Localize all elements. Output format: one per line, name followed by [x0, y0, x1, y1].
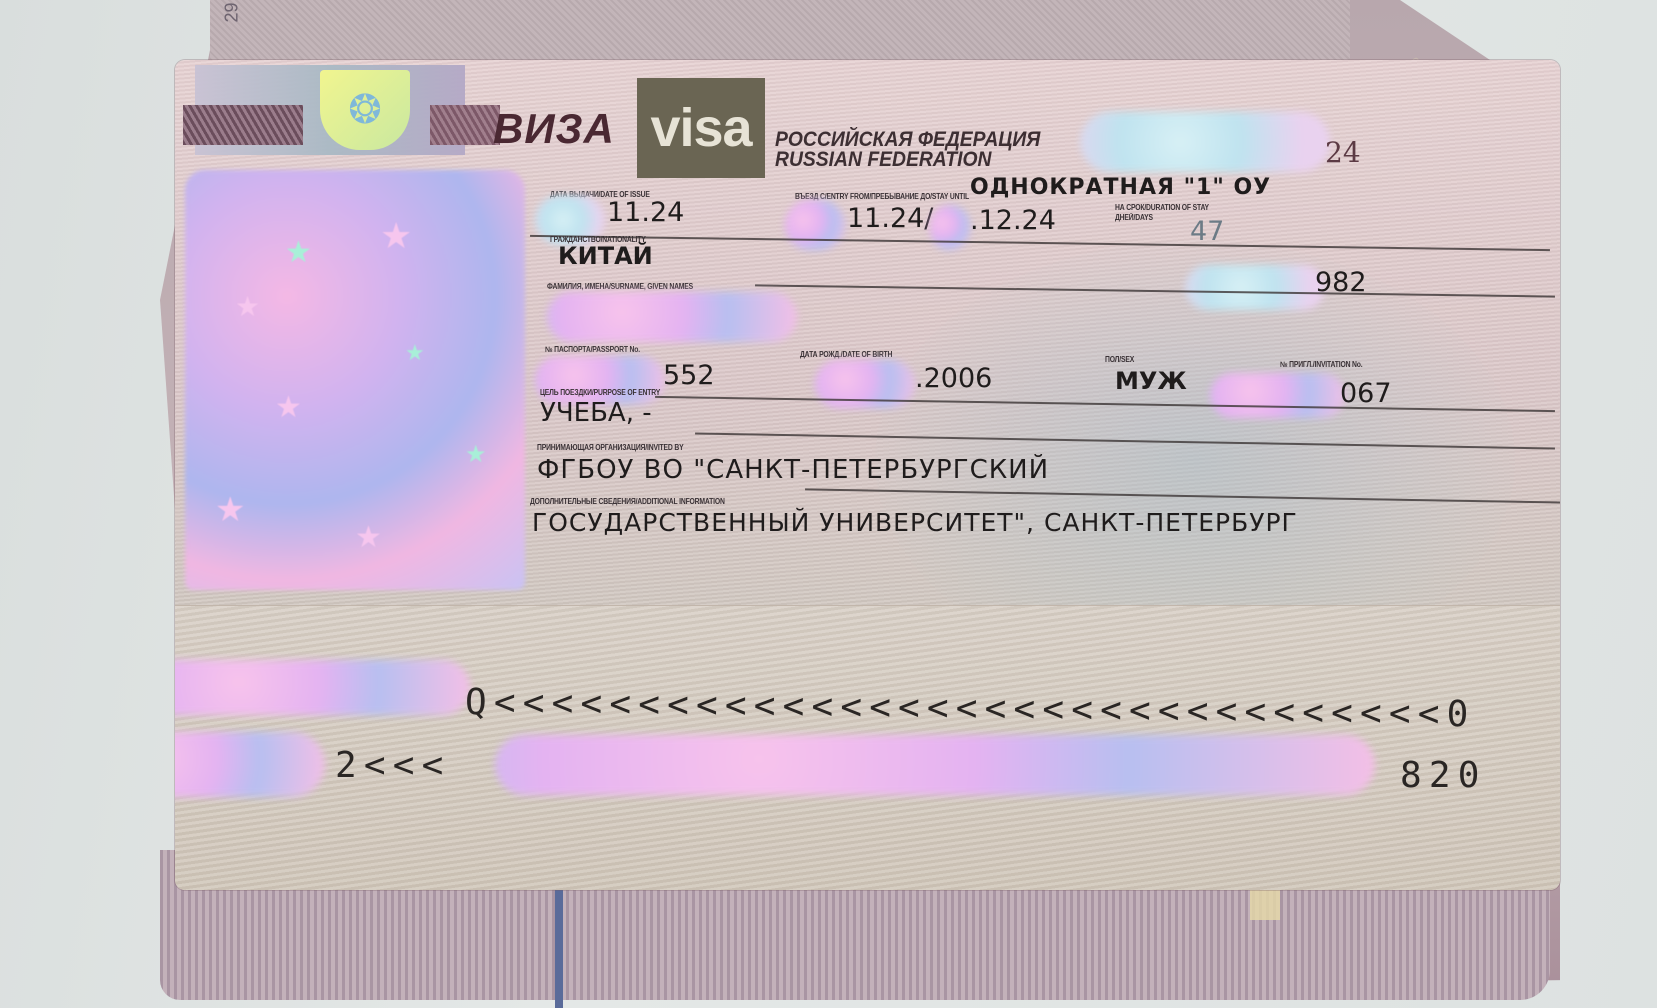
redaction-id	[1185, 265, 1325, 310]
redaction-name	[547, 292, 797, 342]
label-additional-info: ДОПОЛНИТЕЛЬНЫЕ СВЕДЕНИЯ/ADDITIONAL INFOR…	[530, 497, 725, 506]
label-invitation-no: № ПРИГЛ./INVITATION No.	[1280, 360, 1362, 369]
country-en: RUSSIAN FEDERATION	[775, 148, 991, 172]
page-number: 29	[222, 2, 243, 22]
redaction-mrz-2a	[175, 732, 325, 797]
star-icon: ★	[355, 520, 382, 555]
value-invitation-no: 067	[1340, 378, 1392, 409]
value-sex: МУЖ	[1115, 367, 1187, 395]
value-passport-no: 552	[663, 360, 715, 391]
visa-title-en: visa	[650, 97, 751, 159]
star-icon: ★	[405, 340, 425, 366]
label-passport-no: № ПАСПОРТА/PASSPORT No.	[545, 345, 640, 354]
star-icon: ★	[215, 490, 245, 530]
label-days: ДНЕЙ/DAYS	[1115, 213, 1153, 222]
star-icon: ★	[380, 215, 412, 257]
coat-of-arms-icon: ❂	[320, 70, 410, 150]
value-purpose: УЧЕБА, -	[540, 398, 652, 428]
label-name: ФАМИЛИЯ, ИМЕНА/SURNAME, GIVEN NAMES	[547, 282, 693, 291]
value-nationality: КИТАЙ	[558, 242, 653, 270]
star-icon: ★	[275, 390, 302, 425]
redaction-until-day	[930, 205, 970, 250]
redaction-invitation	[1210, 373, 1345, 418]
value-stay-until: .12.24	[970, 205, 1056, 236]
redaction-entry-day	[785, 200, 845, 250]
hologram-bar-right	[430, 105, 500, 145]
visa-title-en-box: visa	[637, 78, 765, 178]
mrz-line-2-mid: 2<<<	[335, 745, 451, 786]
bookmark-ribbon	[555, 870, 563, 1008]
redaction-mrz-1	[175, 660, 470, 715]
visa-title-ru: ВИЗА	[493, 105, 615, 153]
visa-category: ОДНОКРАТНАЯ "1" ОУ	[970, 175, 1271, 200]
star-icon: ★	[285, 235, 312, 270]
hologram-bar-left	[183, 105, 303, 145]
redaction-visa-number	[1080, 112, 1330, 172]
value-date-of-issue: 11.24	[607, 197, 684, 228]
label-invited-by: ПРИНИМАЮЩАЯ ОРГАНИЗАЦИЯ/INVITED BY	[537, 443, 683, 452]
divider-line	[530, 235, 1550, 251]
value-entry-from: 11.24/	[847, 203, 933, 234]
value-date-of-birth: .2006	[915, 363, 992, 394]
mrz-line-2-end: 820	[1400, 755, 1487, 796]
label-duration: НА СРОК/DURATION OF STAY	[1115, 203, 1209, 212]
visa-number-visible: 24	[1325, 136, 1361, 169]
label-sex: ПОЛ/SEX	[1105, 355, 1134, 364]
visa-sticker: ❂ ВИЗА visa РОССИЙСКАЯ ФЕДЕРАЦИЯ RUSSIAN…	[175, 60, 1560, 890]
star-icon: ★	[465, 440, 487, 469]
star-icon: ★	[235, 290, 260, 323]
redaction-mrz-2b	[495, 735, 1375, 795]
label-date-of-birth: ДАТА РОЖД./DATE OF BIRTH	[800, 350, 892, 359]
passport-previous-page	[210, 0, 1350, 60]
value-additional-info: ГОСУДАРСТВЕННЫЙ УНИВЕРСИТЕТ", САНКТ-ПЕТЕ…	[532, 508, 1298, 537]
value-invited-by: ФГБОУ ВО "САНКТ-ПЕТЕРБУРГСКИЙ	[537, 455, 1049, 485]
label-purpose: ЦЕЛЬ ПОЕЗДКИ/PURPOSE OF ENTRY	[540, 388, 660, 397]
value-duration: 47	[1190, 216, 1224, 247]
